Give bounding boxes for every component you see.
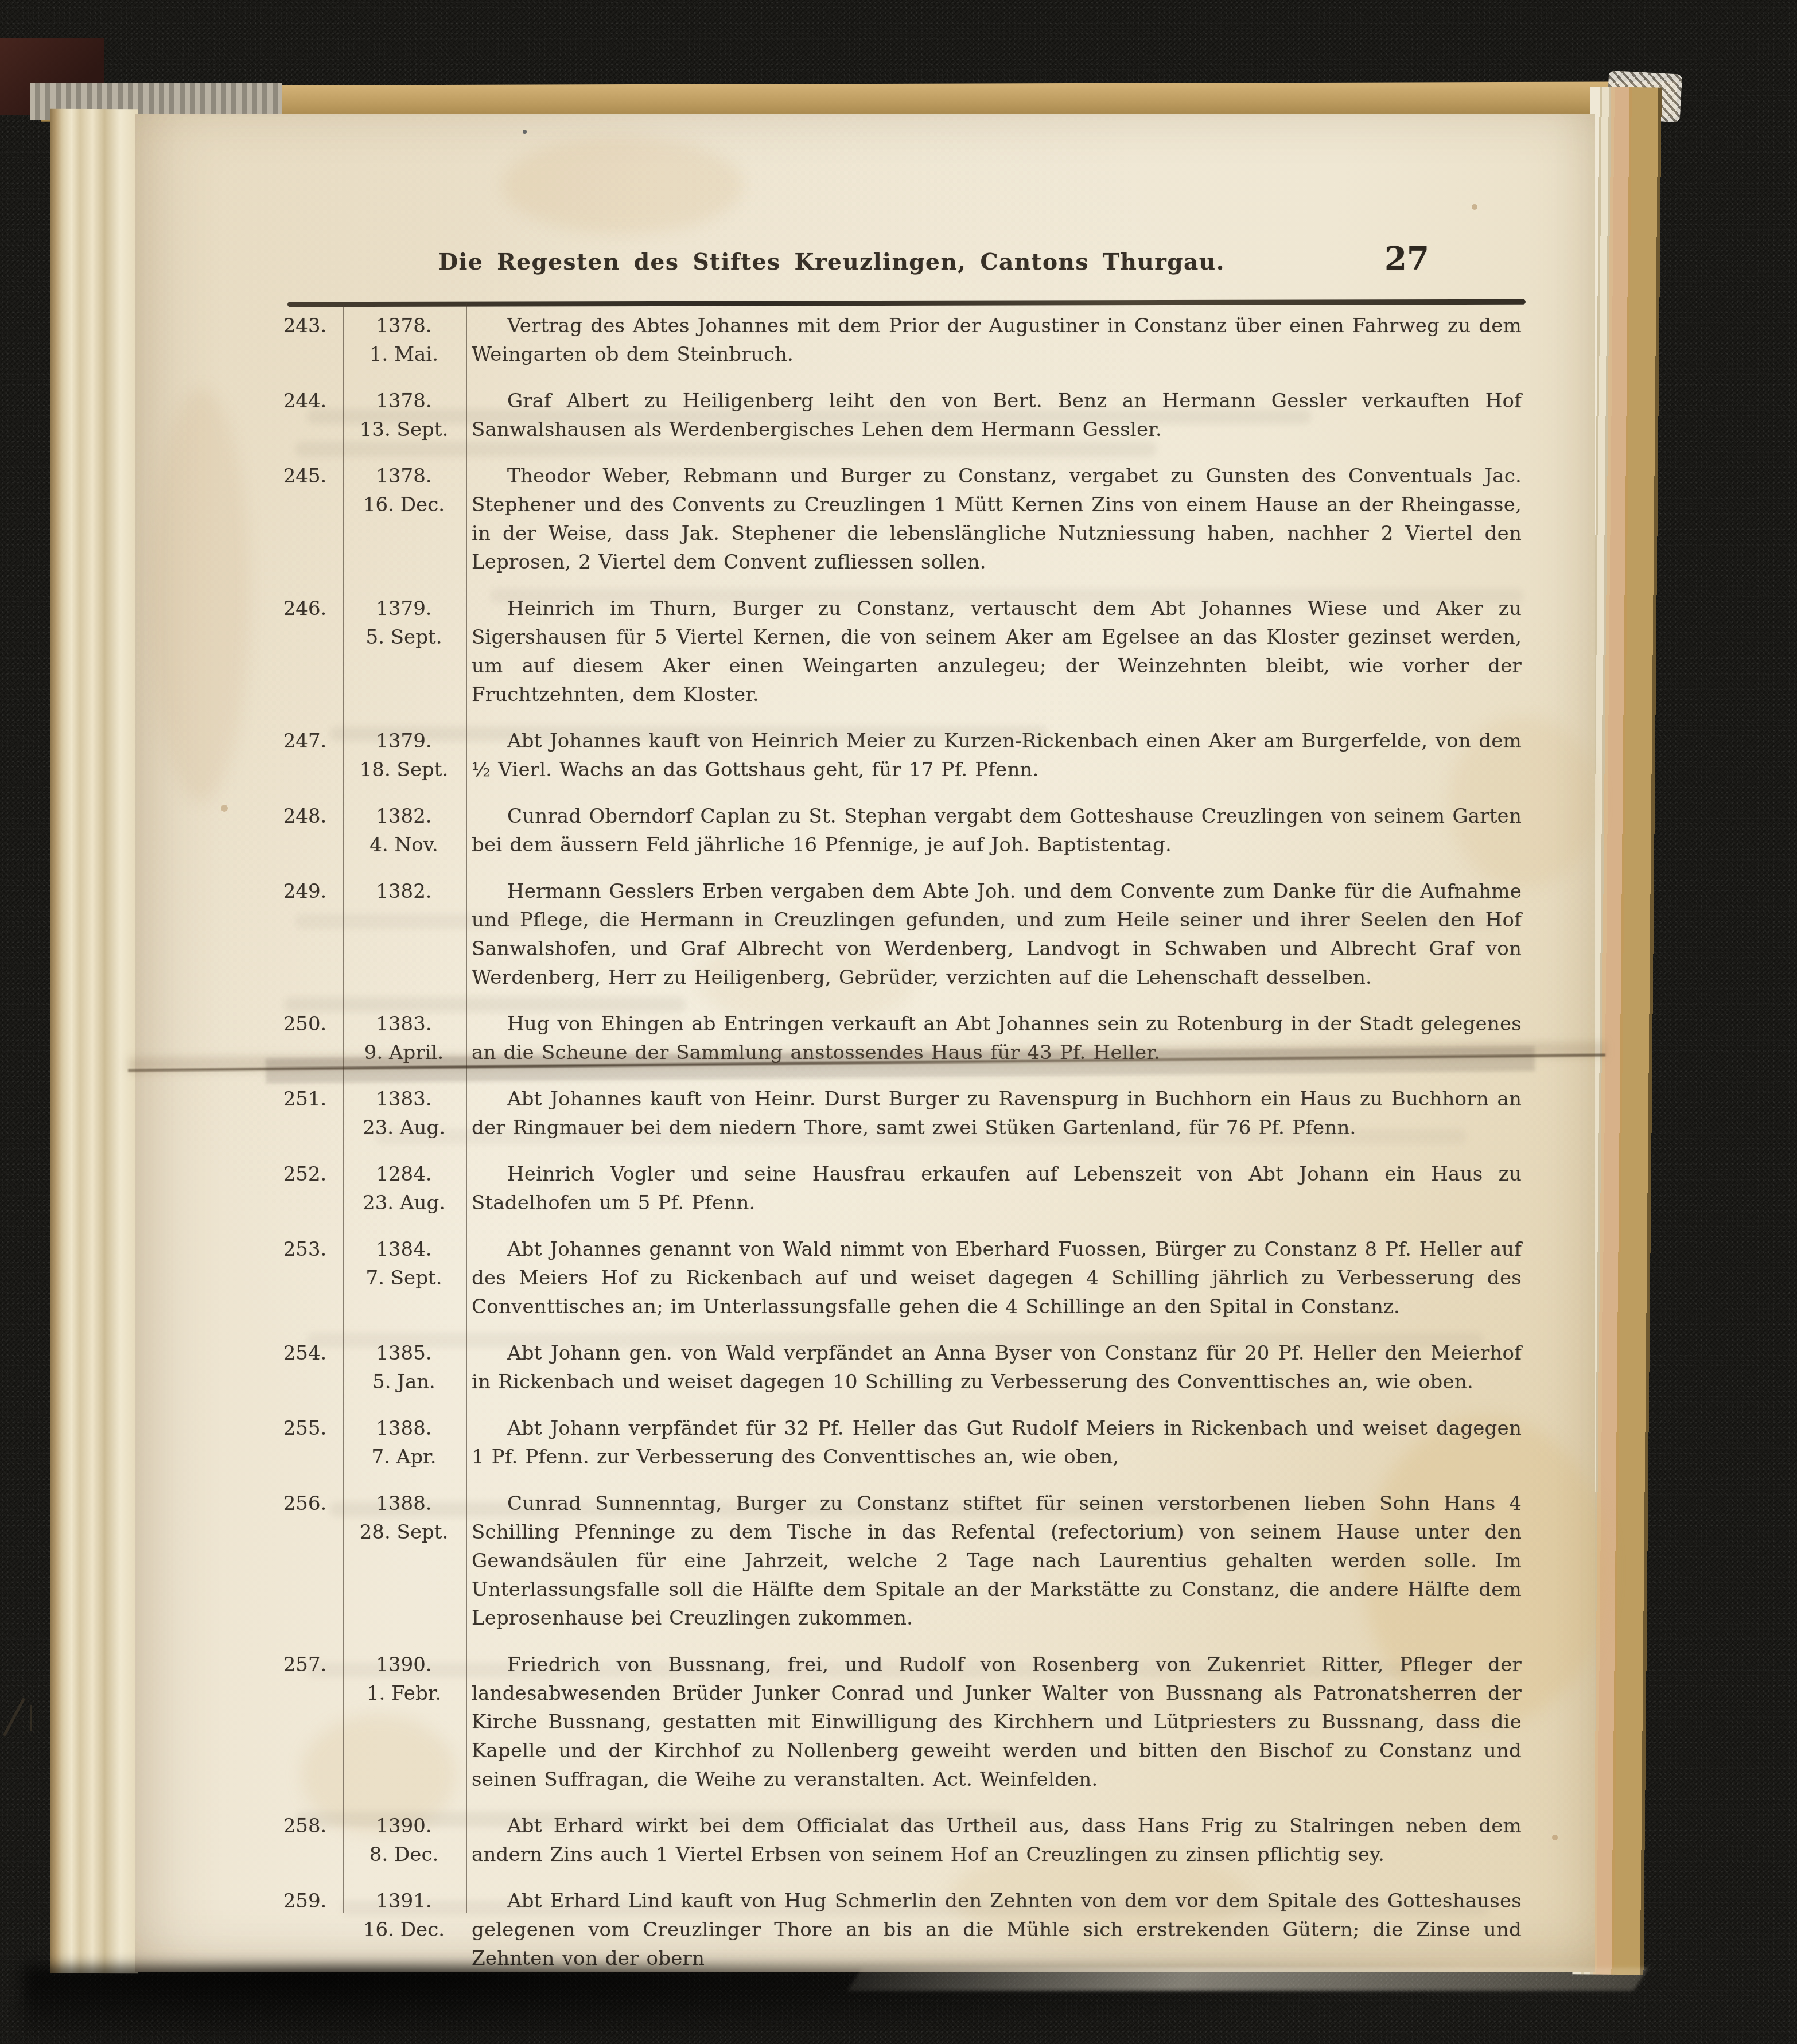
entry-number: 258. bbox=[267, 1812, 343, 1869]
entry-number: 248. bbox=[267, 802, 343, 859]
entry-day: 4. Nov. bbox=[343, 831, 465, 859]
entry-date: 1378. 13. Sept. bbox=[343, 387, 465, 444]
entry-text: Heinrich Vogler und seine Hausfrau erkau… bbox=[465, 1160, 1522, 1217]
entry-year: 1383. bbox=[343, 1010, 465, 1038]
regest-entry: 249. 1382. Hermann Gesslers Erben vergab… bbox=[267, 877, 1535, 992]
entry-year: 1383. bbox=[343, 1085, 465, 1114]
foxing-dot bbox=[1552, 1835, 1558, 1840]
entry-date: 1383. 23. Aug. bbox=[343, 1085, 465, 1142]
entry-day: 13. Sept. bbox=[343, 415, 465, 444]
stain bbox=[152, 389, 250, 802]
regest-entry: 258. 1390. 8. Dec. Abt Erhard wirkt bei … bbox=[267, 1812, 1535, 1869]
entry-date: 1378. 16. Dec. bbox=[343, 462, 465, 577]
entry-text: Friedrich von Bussnang, frei, und Rudolf… bbox=[465, 1650, 1522, 1794]
entry-number: 251. bbox=[267, 1085, 343, 1142]
header-rule bbox=[287, 299, 1526, 307]
entry-day: 8. Dec. bbox=[343, 1840, 465, 1869]
entry-text: Vertrag des Abtes Johannes mit dem Prior… bbox=[465, 312, 1522, 369]
entry-date: 1390. 8. Dec. bbox=[343, 1812, 465, 1869]
entry-number: 245. bbox=[267, 462, 343, 577]
regest-entry: 255. 1388. 7. Apr. Abt Johann verpfändet… bbox=[267, 1414, 1535, 1471]
entry-year: 1391. bbox=[343, 1887, 465, 1915]
foxing-dot bbox=[221, 805, 228, 812]
entry-number: 255. bbox=[267, 1414, 343, 1471]
entry-date: 1284. 23. Aug. bbox=[343, 1160, 465, 1217]
regest-entry: 245. 1378. 16. Dec. Theodor Weber, Rebma… bbox=[267, 462, 1535, 577]
entry-text: Graf Albert zu Heiligenberg leiht den vo… bbox=[465, 387, 1522, 444]
entry-number: 246. bbox=[267, 594, 343, 709]
entry-text: Abt Erhard Lind kauft von Hug Schmerlin … bbox=[465, 1887, 1522, 1973]
entry-text: Hermann Gesslers Erben vergaben dem Abte… bbox=[465, 877, 1522, 992]
regesten-table: 243. 1378. 1. Mai. Vertrag des Abtes Joh… bbox=[267, 312, 1535, 1991]
entry-date: 1384. 7. Sept. bbox=[343, 1235, 465, 1321]
entry-date: 1388. 7. Apr. bbox=[343, 1414, 465, 1471]
entry-day: 23. Aug. bbox=[343, 1189, 465, 1217]
entry-day: 1. Mai. bbox=[343, 340, 465, 369]
regest-entry: 244. 1378. 13. Sept. Graf Albert zu Heil… bbox=[267, 387, 1535, 444]
entry-number: 243. bbox=[267, 312, 343, 369]
entry-year: 1378. bbox=[343, 462, 465, 490]
entry-date: 1390. 1. Febr. bbox=[343, 1650, 465, 1794]
entry-day: 7. Sept. bbox=[343, 1264, 465, 1292]
regest-entry: 246. 1379. 5. Sept. Heinrich im Thurn, B… bbox=[267, 594, 1535, 709]
entry-year: 1382. bbox=[343, 877, 465, 906]
entry-text: Cunrad Sunnenntag, Burger zu Constanz st… bbox=[465, 1489, 1522, 1633]
entry-text: Cunrad Oberndorf Caplan zu St. Stephan v… bbox=[465, 802, 1522, 859]
foxing-dot bbox=[1472, 204, 1477, 210]
entry-year: 1384. bbox=[343, 1235, 465, 1264]
entry-day: 18. Sept. bbox=[343, 756, 465, 784]
entry-year: 1379. bbox=[343, 727, 465, 756]
regest-entry: 257. 1390. 1. Febr. Friedrich von Bussna… bbox=[267, 1650, 1535, 1794]
entry-text: Abt Johannes genannt von Wald nimmt von … bbox=[465, 1235, 1522, 1321]
regest-entry: 248. 1382. 4. Nov. Cunrad Oberndorf Capl… bbox=[267, 802, 1535, 859]
entry-day: 5. Jan. bbox=[343, 1368, 465, 1396]
entry-text: Abt Johann gen. von Wald verpfändet an A… bbox=[465, 1339, 1522, 1396]
entry-year: 1284. bbox=[343, 1160, 465, 1189]
entry-date: 1379. 5. Sept. bbox=[343, 594, 465, 709]
book-page: Die Regesten des Stiftes Kreuzlingen, Ca… bbox=[135, 114, 1595, 1972]
entry-day: 16. Dec. bbox=[343, 490, 465, 519]
page-bottom-glare bbox=[848, 1968, 1648, 1991]
regest-entry: 247. 1379. 18. Sept. Abt Johannes kauft … bbox=[267, 727, 1535, 784]
foxing-dot bbox=[523, 130, 527, 134]
entry-number: 256. bbox=[267, 1489, 343, 1633]
entry-date: 1382. 4. Nov. bbox=[343, 802, 465, 859]
entry-number: 253. bbox=[267, 1235, 343, 1321]
entry-text: Abt Johannes kauft von Heinrich Meier zu… bbox=[465, 727, 1522, 784]
entry-year: 1390. bbox=[343, 1812, 465, 1840]
entry-date: 1391. 16. Dec. bbox=[343, 1887, 465, 1973]
entry-day: 7. Apr. bbox=[343, 1443, 465, 1471]
entry-date: 1382. bbox=[343, 877, 465, 992]
margin-pen-mark bbox=[30, 1705, 32, 1731]
entry-day: 5. Sept. bbox=[343, 623, 465, 652]
entry-year: 1382. bbox=[343, 802, 465, 831]
entry-number: 257. bbox=[267, 1650, 343, 1794]
entry-text: Theodor Weber, Rebmann und Burger zu Con… bbox=[465, 462, 1522, 577]
entry-year: 1379. bbox=[343, 594, 465, 623]
entry-date: 1385. 5. Jan. bbox=[343, 1339, 465, 1396]
entry-year: 1385. bbox=[343, 1339, 465, 1368]
entry-year: 1388. bbox=[343, 1414, 465, 1443]
entry-year: 1378. bbox=[343, 312, 465, 340]
page-number: 27 bbox=[1384, 240, 1429, 278]
entry-date: 1388. 28. Sept. bbox=[343, 1489, 465, 1633]
entry-date: 1379. 18. Sept. bbox=[343, 727, 465, 784]
entry-year: 1388. bbox=[343, 1489, 465, 1518]
entry-date: 1378. 1. Mai. bbox=[343, 312, 465, 369]
entry-year: 1390. bbox=[343, 1650, 465, 1679]
regest-entry: 253. 1384. 7. Sept. Abt Johannes genannt… bbox=[267, 1235, 1535, 1321]
entry-number: 249. bbox=[267, 877, 343, 992]
entry-number: 254. bbox=[267, 1339, 343, 1396]
regest-entry: 243. 1378. 1. Mai. Vertrag des Abtes Joh… bbox=[267, 312, 1535, 369]
regest-entry: 251. 1383. 23. Aug. Abt Johannes kauft v… bbox=[267, 1085, 1535, 1142]
stain bbox=[502, 137, 743, 234]
entry-number: 252. bbox=[267, 1160, 343, 1217]
entry-day: 1. Febr. bbox=[343, 1679, 465, 1708]
entry-number: 244. bbox=[267, 387, 343, 444]
entry-text: Abt Erhard wirkt bei dem Officialat das … bbox=[465, 1812, 1522, 1869]
entry-day: 23. Aug. bbox=[343, 1114, 465, 1142]
entry-day: 16. Dec. bbox=[343, 1915, 465, 1944]
regest-entry: 254. 1385. 5. Jan. Abt Johann gen. von W… bbox=[267, 1339, 1535, 1396]
regest-entry: 259. 1391. 16. Dec. Abt Erhard Lind kauf… bbox=[267, 1887, 1535, 1973]
entry-text: Abt Johannes kauft von Heinr. Durst Burg… bbox=[465, 1085, 1522, 1142]
page-header-title: Die Regesten des Stiftes Kreuzlingen, Ca… bbox=[102, 249, 1562, 275]
regest-entry: 252. 1284. 23. Aug. Heinrich Vogler und … bbox=[267, 1160, 1535, 1217]
entry-day: 28. Sept. bbox=[343, 1518, 465, 1547]
entry-year: 1378. bbox=[343, 387, 465, 415]
page-gutter-stack bbox=[50, 109, 138, 1974]
entry-number: 259. bbox=[267, 1887, 343, 1973]
entry-text: Heinrich im Thurn, Burger zu Constanz, v… bbox=[465, 594, 1522, 709]
entry-number: 247. bbox=[267, 727, 343, 784]
entry-text: Abt Johann verpfändet für 32 Pf. Heller … bbox=[465, 1414, 1522, 1471]
regest-entry: 256. 1388. 28. Sept. Cunrad Sunnenntag, … bbox=[267, 1489, 1535, 1633]
